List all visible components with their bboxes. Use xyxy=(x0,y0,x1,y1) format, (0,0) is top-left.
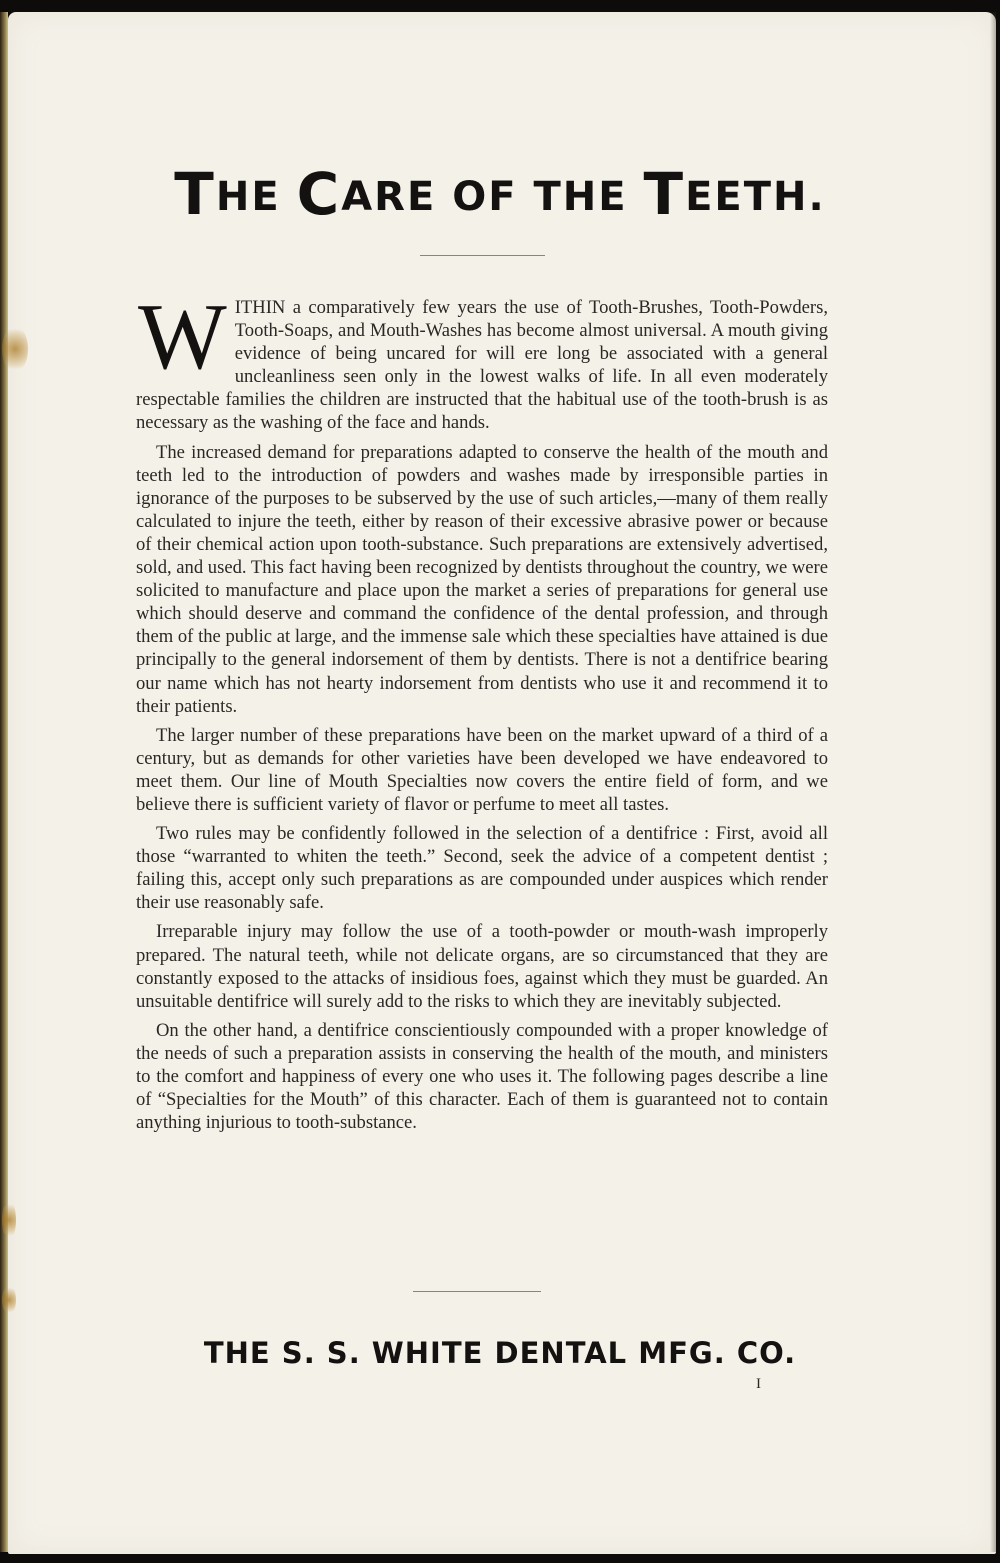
title-word: THE xyxy=(533,174,627,220)
title-word: OF xyxy=(452,174,517,220)
paragraph: On the other hand, a dentifrice conscien… xyxy=(136,1019,828,1134)
page-binding-edge xyxy=(0,12,8,1552)
drop-cap: W xyxy=(138,300,227,374)
paragraph: Irreparable injury may follow the use of… xyxy=(136,920,828,1012)
company-signature: THE S. S. WHITE DENTAL MFG. CO. xyxy=(0,1336,1000,1370)
paragraph: The larger number of these preparations … xyxy=(136,724,828,816)
page-stain xyxy=(2,1285,16,1315)
page-edge-shadow xyxy=(990,12,996,1552)
paragraph: WITHIN a comparatively few years the use… xyxy=(136,296,828,435)
title-word: CARE xyxy=(297,174,437,220)
paragraph: The increased demand for preparations ad… xyxy=(136,441,828,718)
paragraph: Two rules may be confidently followed in… xyxy=(136,822,828,914)
title-divider xyxy=(420,255,545,256)
page-stain xyxy=(2,1200,16,1240)
page-number: I xyxy=(756,1376,761,1393)
page-title: THE CARE OF THE TEETH. xyxy=(0,160,1000,228)
title-word: THE xyxy=(174,174,280,220)
article-body: WITHIN a comparatively few years the use… xyxy=(136,296,828,1140)
title-word: TEETH. xyxy=(644,174,826,220)
footer-divider xyxy=(413,1291,541,1292)
page-stain xyxy=(2,325,28,373)
